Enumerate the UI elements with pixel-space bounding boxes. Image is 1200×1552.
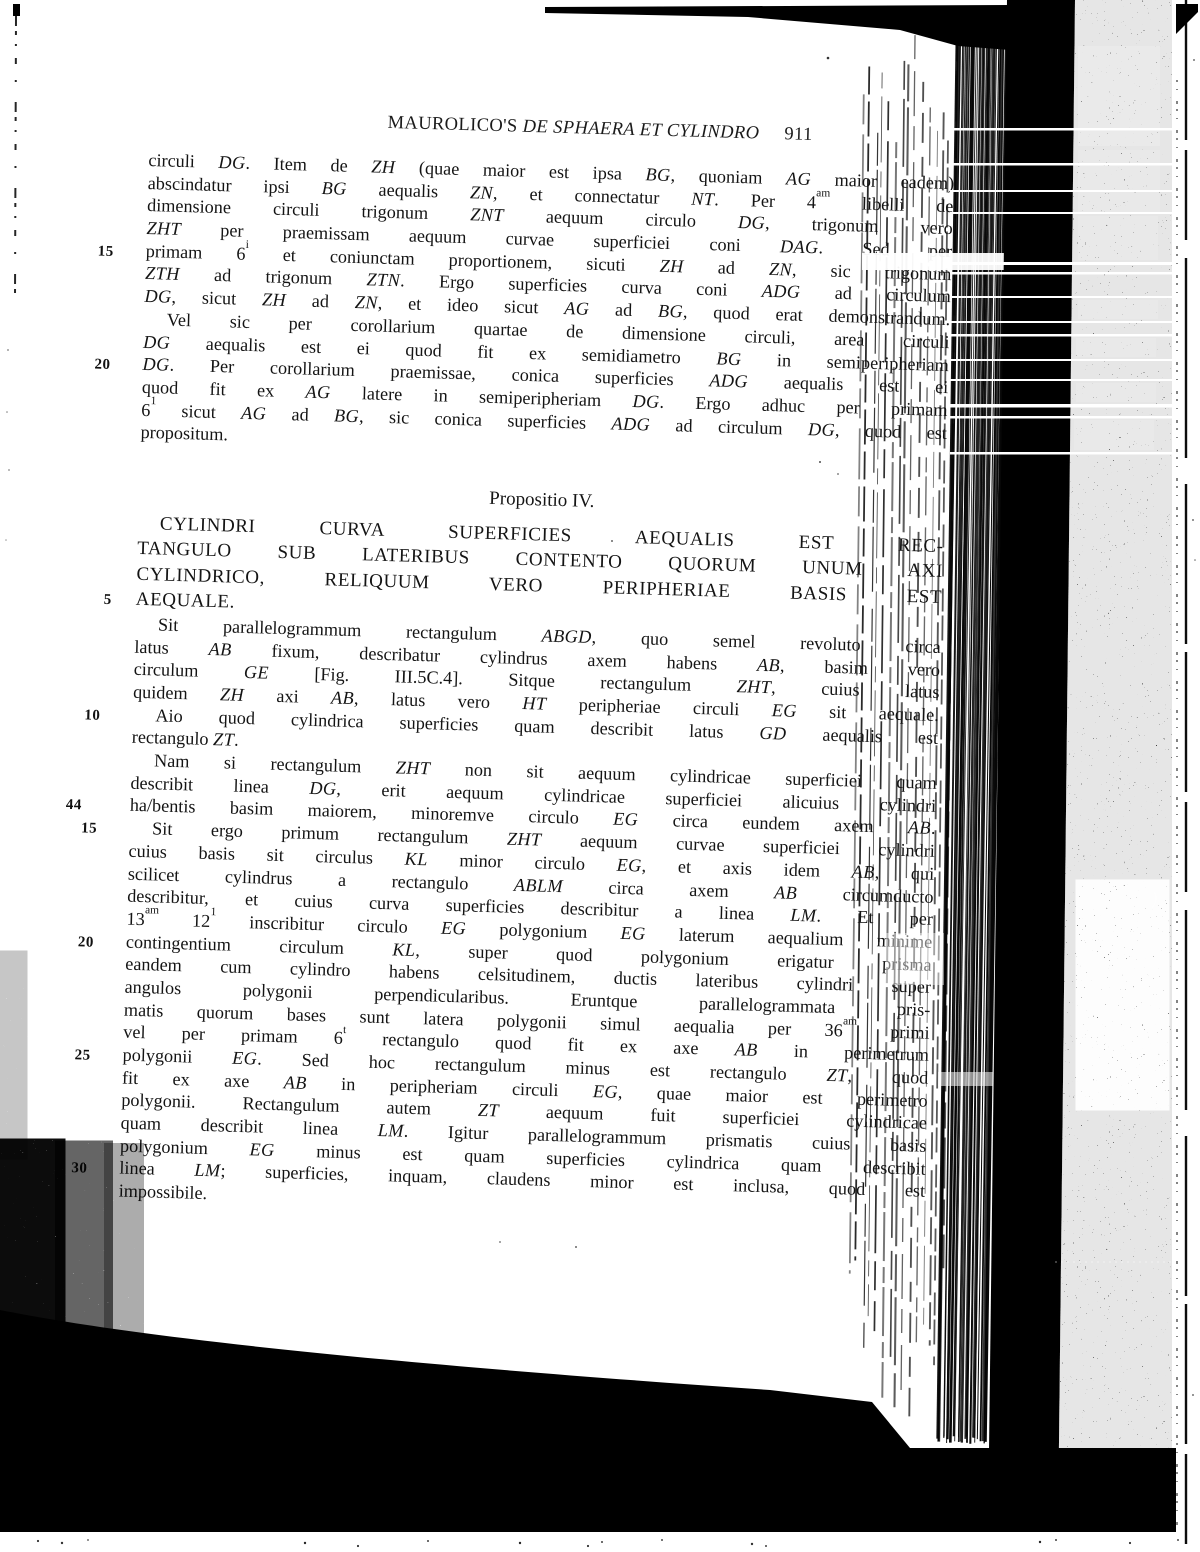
header-title-roman: MAUROLICO'S: [387, 113, 518, 137]
right-edge-strip: [1172, 0, 1200, 1552]
margin-line-number: 5: [103, 588, 112, 614]
scanned-book-page: MAUROLICO'S DE SPHAERA ET CYLINDRO 911 c…: [0, 0, 1200, 1552]
margin-line-number: 44: [65, 794, 82, 817]
speckled-dark-band: [1050, 0, 1180, 1532]
paragraph-proof-previous-proposition: circuli DG. Item de ZH (quae maior est i…: [140, 149, 954, 467]
margin-line-number: 10: [84, 704, 101, 727]
proposition-proof-paragraphs: Sit parallelogrammum rectangulum ABGD, q…: [118, 613, 941, 1226]
top-scan-bar: [545, 4, 1198, 50]
spine-black-band: [988, 0, 1075, 1532]
header-page-number: 911: [784, 124, 813, 145]
header-title-italic: DE SPHAERA ET CYLINDRO: [522, 117, 759, 144]
page-header: MAUROLICO'S DE SPHAERA ET CYLINDRO 911: [387, 113, 955, 152]
bottom-strip-specks: [37, 1539, 1179, 1547]
left-edge-marks: [5, 4, 20, 541]
margin-line-number: 30: [71, 1158, 88, 1181]
page-gap-lines: [950, 128, 1176, 455]
margin-line-number: 15: [97, 240, 114, 263]
margin-line-number: 20: [94, 354, 111, 377]
bottom-scan-black: [0, 1310, 1176, 1532]
text-column: MAUROLICO'S DE SPHAERA ET CYLINDRO 911 c…: [118, 106, 955, 1226]
margin-line-number: 15: [81, 817, 98, 840]
margin-line-number: 25: [74, 1044, 91, 1067]
margin-line-number: 20: [78, 931, 95, 954]
